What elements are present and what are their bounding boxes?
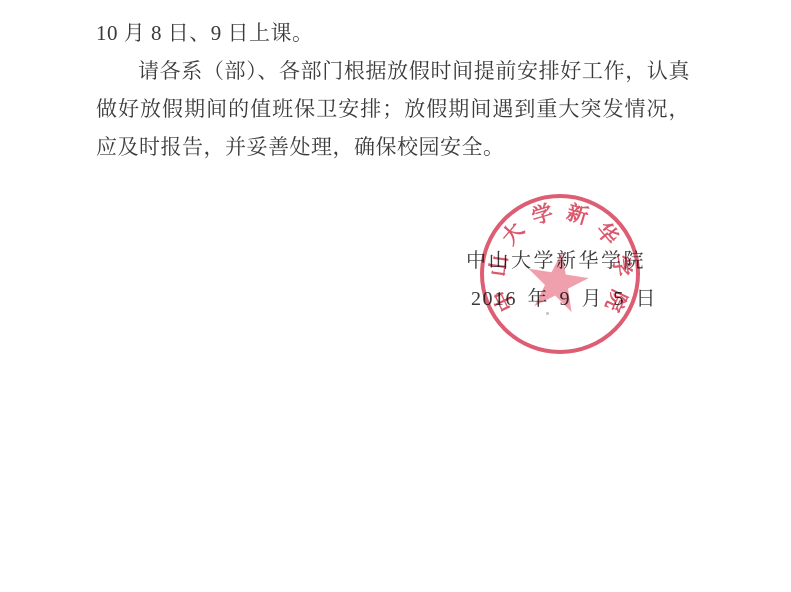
body-line-1: 10 月 8 日、9 日上课。 (96, 14, 690, 52)
seal-arc-char: 大 (496, 217, 530, 251)
star-icon (523, 247, 592, 315)
seal-arc-char: 学 (527, 200, 557, 230)
seal-arc-char: 山 (485, 252, 512, 279)
body-line-4: 应及时报告，并妥善处理，确保校园安全。 (96, 128, 690, 166)
body-line-3: 做好放假期间的值班保卫安排；放假期间遇到重大突发情况， (96, 90, 690, 128)
star-shape (523, 247, 592, 314)
document-page: 10 月 8 日、9 日上课。 请各系（部）、各部门根据放假时间提前安排好工作，… (0, 0, 791, 592)
body-line-2: 请各系（部）、各部门根据放假时间提前安排好工作，认真 (96, 52, 690, 90)
seal-arc-char: 学 (608, 252, 635, 279)
seal-arc-char: 院 (600, 285, 632, 317)
scan-speckle (546, 312, 549, 315)
seal-arc-char: 新 (563, 200, 593, 230)
document-body: 10 月 8 日、9 日上课。 请各系（部）、各部门根据放假时间提前安排好工作，… (96, 14, 690, 166)
official-seal: 中 山 大 学 新 华 学 院 (480, 194, 640, 354)
seal-arc-char: 中 (488, 285, 520, 317)
seal-arc-char: 华 (590, 217, 624, 251)
